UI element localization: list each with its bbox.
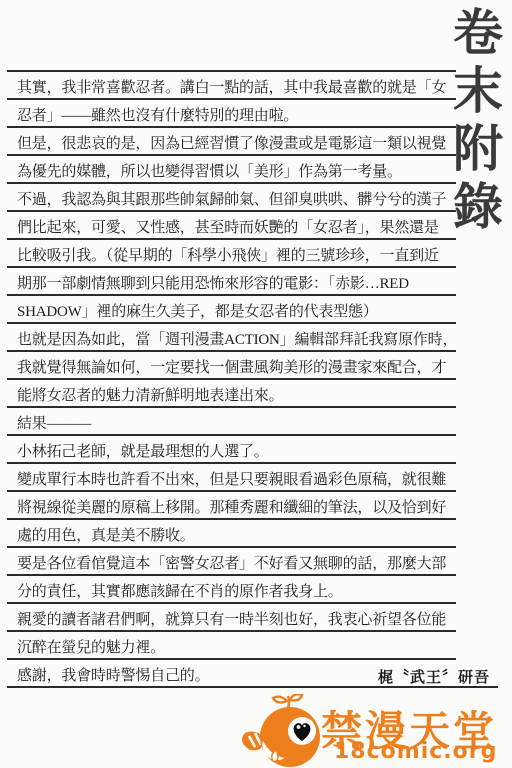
text-line: 沉醉在螢兒的魅力裡。 xyxy=(7,632,456,660)
text-line: 變成單行本時也許看不出來，但是只要親眼看過彩色原稿，就很難 xyxy=(7,464,456,492)
text-line: 但是，很悲哀的是，因為已經習慣了像漫畫或是電影這一類以視覺 xyxy=(7,128,456,156)
text-line: 不過，我認為與其跟那些帥氣歸帥氣、但卻臭哄哄、髒兮兮的漢子 xyxy=(7,184,456,212)
watermark-mascot-icon xyxy=(238,694,334,768)
text-line: 我就覺得無論如何，一定要找一個畫風夠美形的漫畫家來配合，才 xyxy=(7,352,456,380)
text-line: 親愛的讀者諸君們啊，就算只有一時半刻也好，我衷心祈望各位能 xyxy=(7,604,456,632)
author-signature: 梶〝武王〞研吾 xyxy=(378,666,490,687)
afterword-text-block: 其實，我非常喜歡忍者。講白一點的話，其中我最喜歡的就是「女忍者」——雖然也沒有什… xyxy=(7,70,456,688)
text-line: 要是各位看倌覺這本「密警女忍者」不好看又無聊的話，那麼大部 xyxy=(7,548,456,576)
mascot-leaf-left xyxy=(273,697,287,703)
mascot-leaf-right xyxy=(290,694,302,700)
text-line: 將視線從美麗的原稿上移開。那種秀麗和纖細的筆法，以及恰到好 xyxy=(7,492,456,520)
text-line: 處的用色，真是美不勝收。 xyxy=(7,520,456,548)
text-line: 忍者」——雖然也沒有什麼特別的理由啦。 xyxy=(7,100,456,128)
text-line: 比較吸引我。（從早期的「科學小飛俠」裡的三號珍珍，一直到近 xyxy=(7,240,456,268)
text-line: 分的責任，其實都應該歸在不肖的原作者我身上。 xyxy=(7,576,456,604)
text-line: SHADOW」裡的麻生久美子，都是女忍者的代表型態） xyxy=(7,296,456,324)
mascot-sprout-stem xyxy=(288,696,289,708)
text-line: 們比起來，可愛、又性感，甚至時而妖艷的「女忍者」，果然還是 xyxy=(7,212,456,240)
text-line: 結果——— xyxy=(7,408,456,436)
text-line: 為優先的媒體，所以也變得習慣以「美形」作為第一考量。 xyxy=(7,156,456,184)
text-line: 能將女忍者的魅力清新鮮明地表達出來。 xyxy=(7,380,456,408)
watermark-site-domain: 18comic.org xyxy=(334,739,497,764)
text-line: 也就是因為如此，當「週刊漫畫ACTION」編輯部拜託我寫原作時， xyxy=(7,324,456,352)
text-line: 期那一部劇情無聊到只能用恐怖來形容的電影：「赤影…RED xyxy=(7,268,456,296)
text-line: 其實，我非常喜歡忍者。講白一點的話，其中我最喜歡的就是「女 xyxy=(7,72,456,100)
text-line: 小林拓己老師，就是最理想的人選了。 xyxy=(7,436,456,464)
